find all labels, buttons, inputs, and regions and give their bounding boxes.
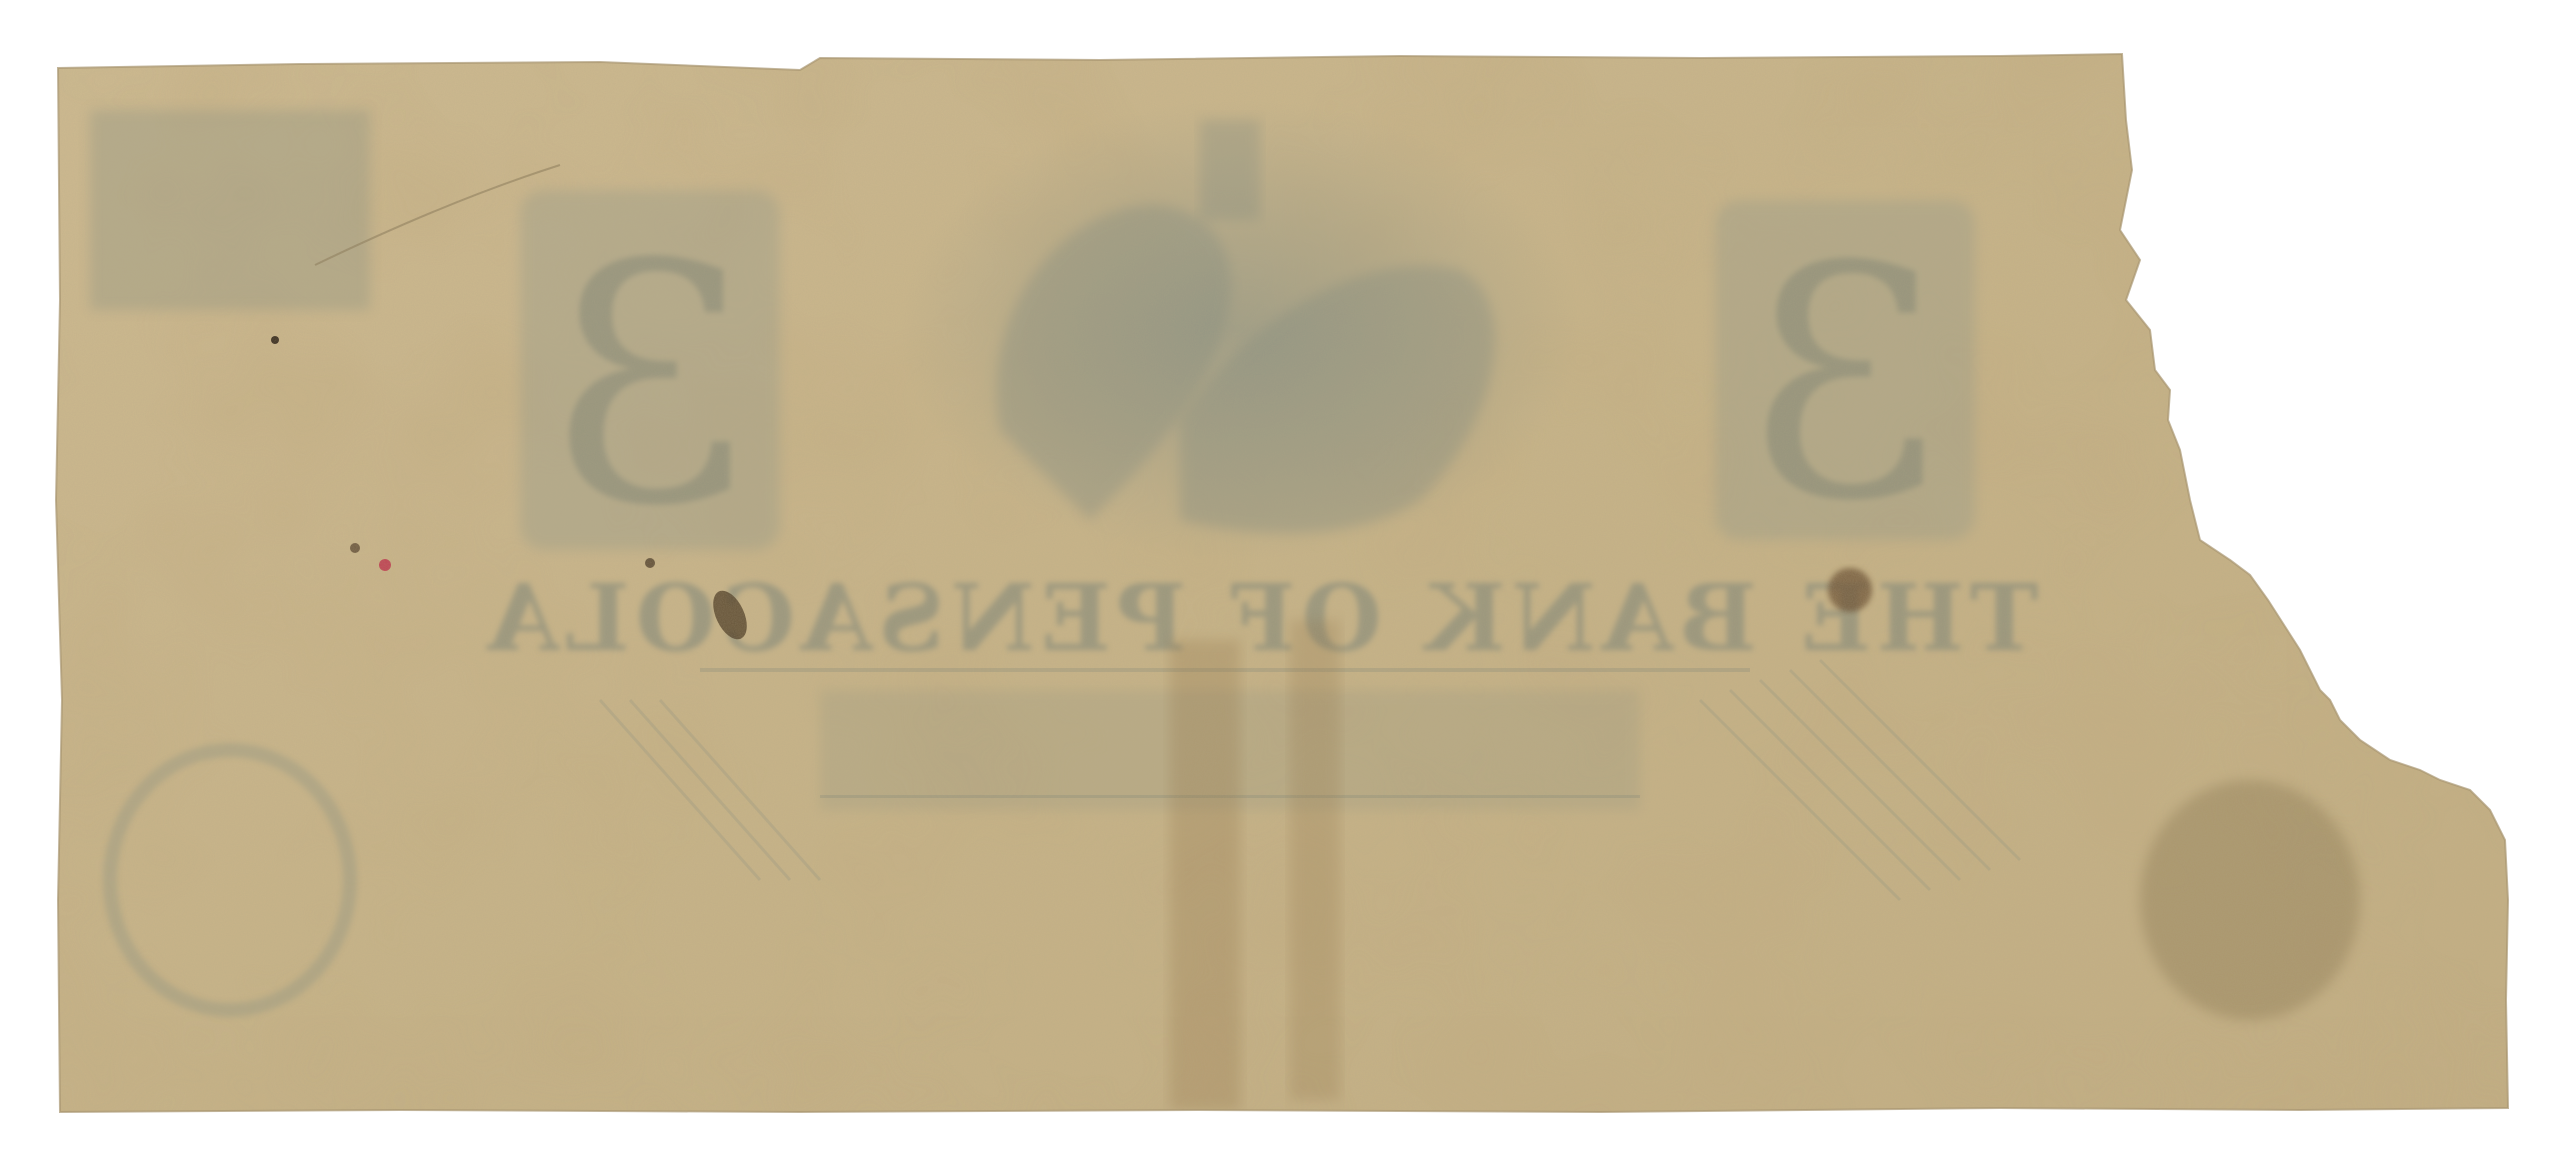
paper-sheet: 3 3 THE BANK OF PENSACOLA <box>0 0 2560 1159</box>
banknote-photo: 3 3 THE BANK OF PENSACOLA <box>0 0 2560 1159</box>
banknote-svg: 3 3 THE BANK OF PENSACOLA <box>0 0 2560 1159</box>
